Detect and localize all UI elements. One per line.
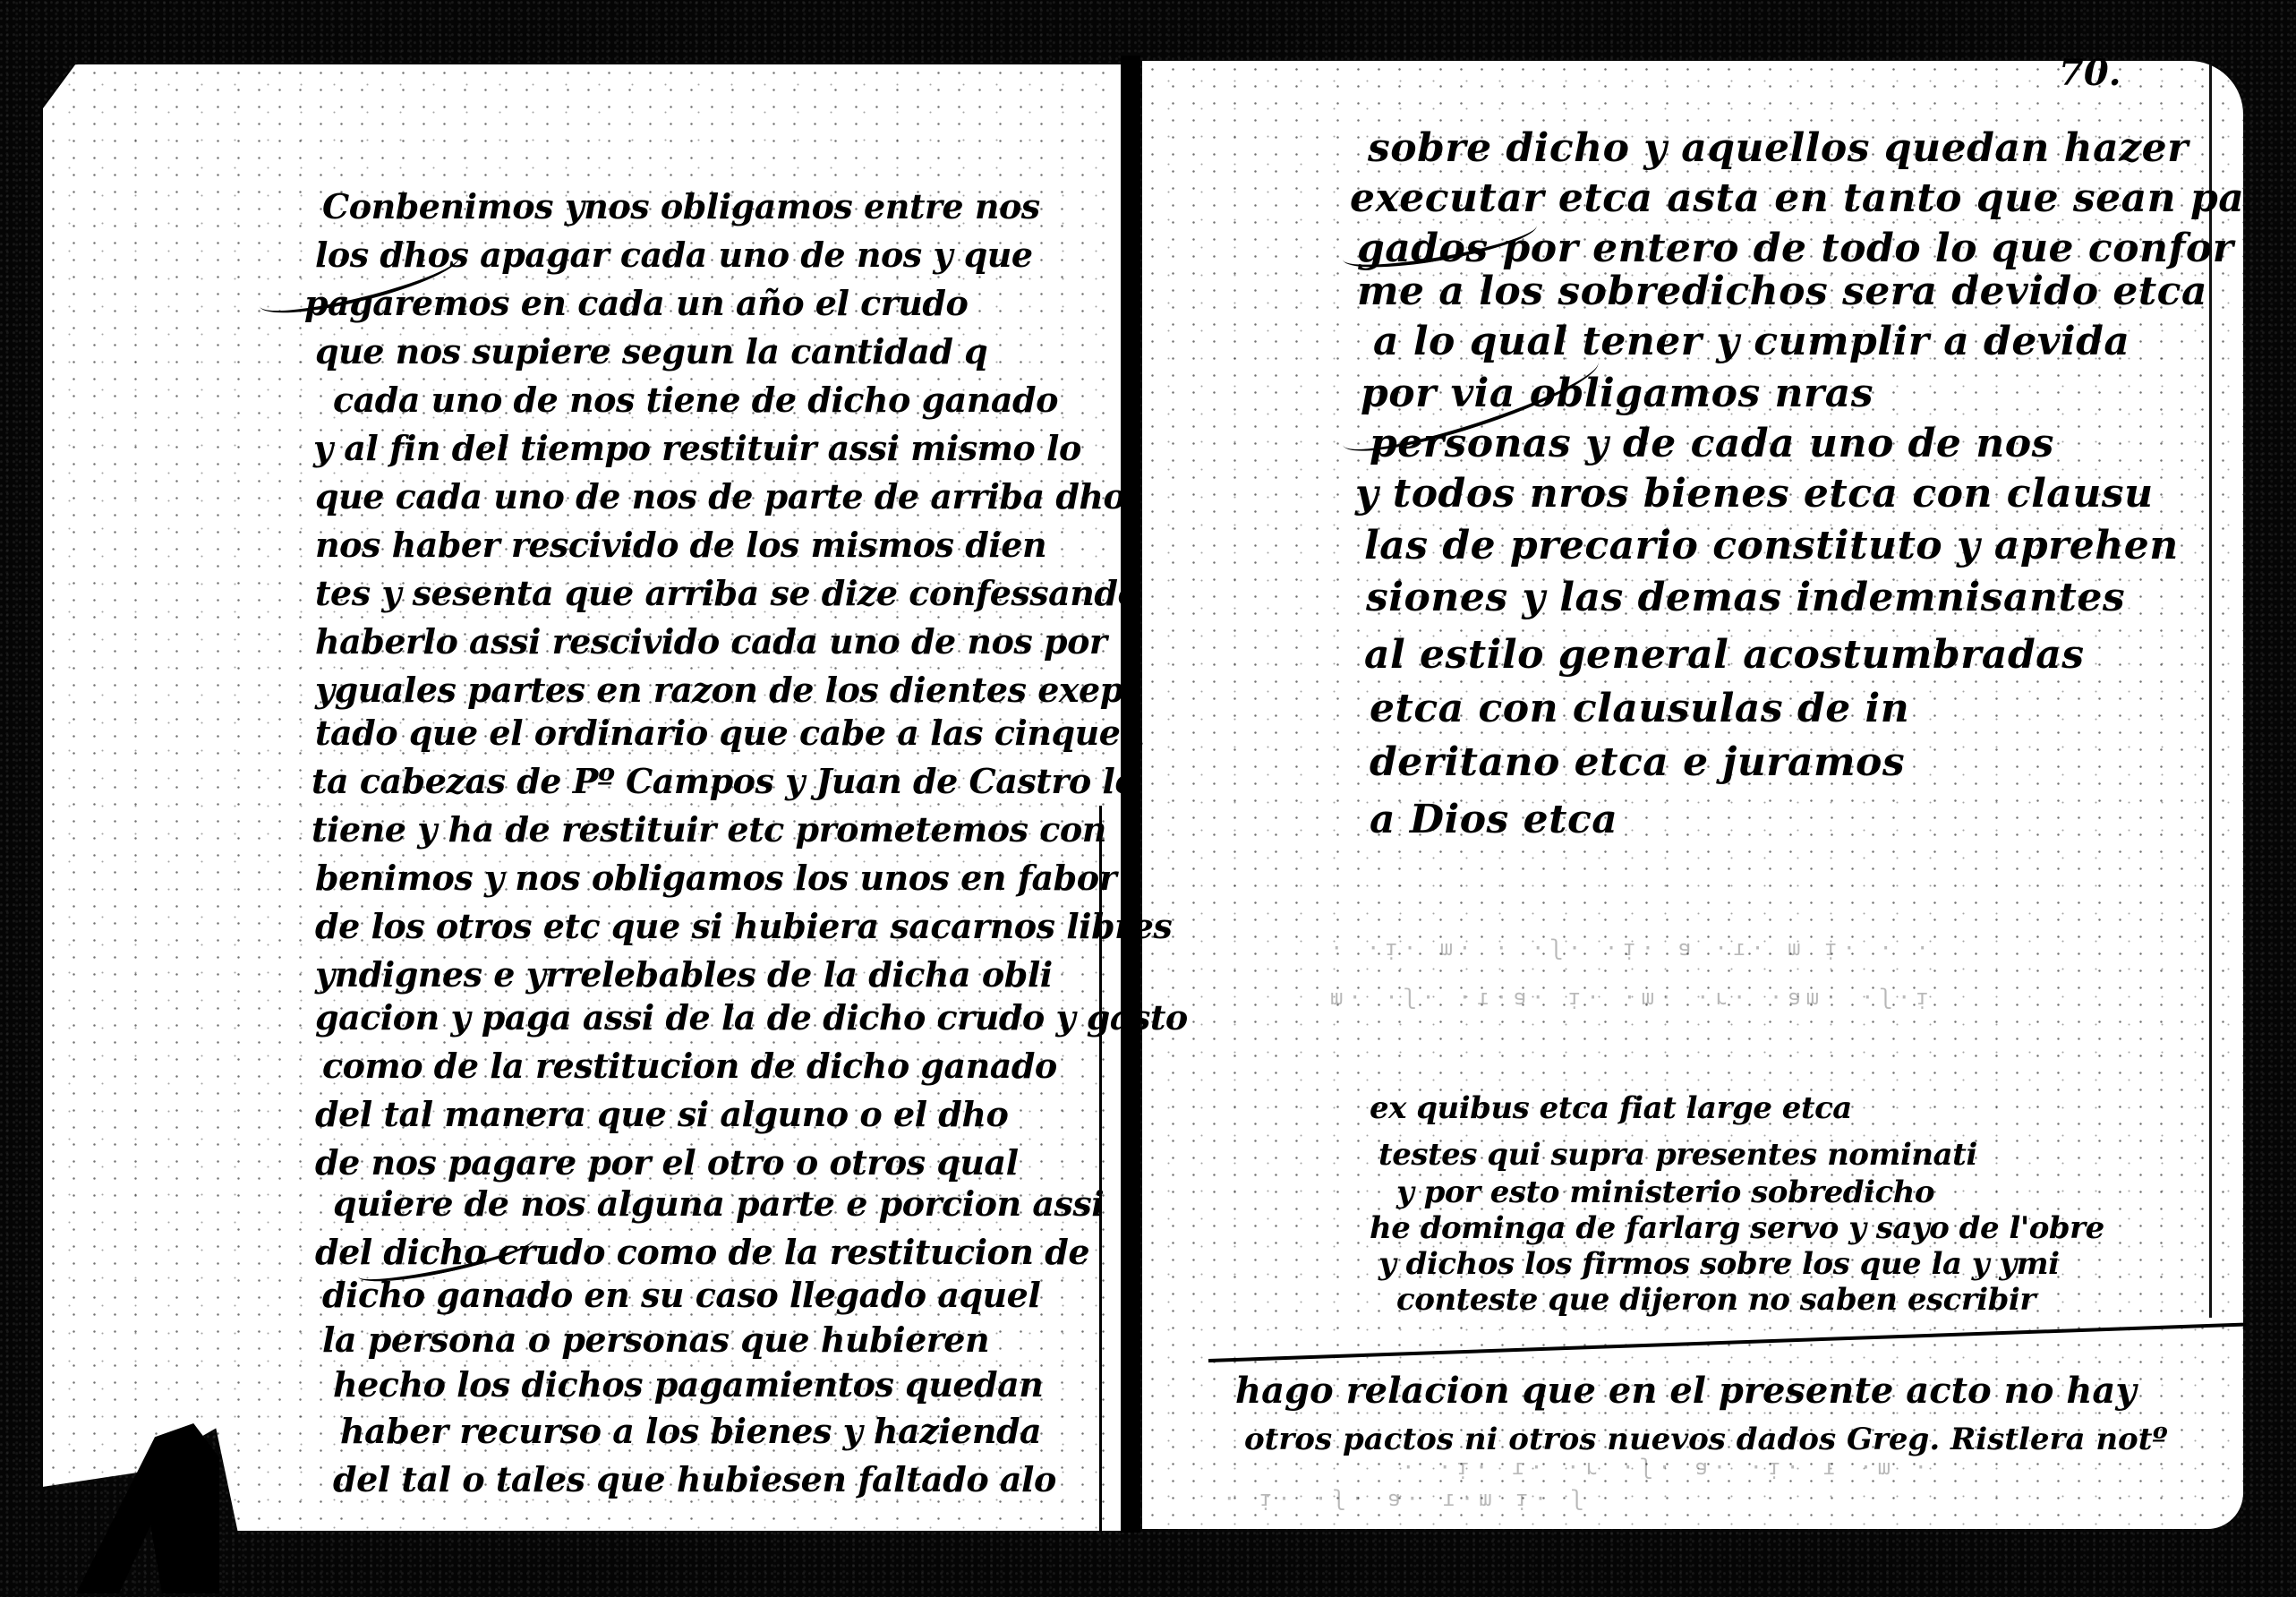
manuscript-line: yguales partes en razon de los dientes e… <box>315 670 1123 710</box>
manuscript-line: Conbenimos ynos obligamos entre nos <box>322 186 1040 226</box>
manuscript-line: ta cabezas de Pº Campos y Juan de Castro… <box>312 761 1137 801</box>
manuscript-line: que cada uno de nos de parte de arriba d… <box>315 476 1125 517</box>
latin-note-line: testes qui supra presentes nominati <box>1378 1137 1977 1173</box>
manuscript-line: gacion y paga assi de la de dicho crudo … <box>315 997 1188 1038</box>
manuscript-line: que nos supiere segun la cantidad q <box>315 331 987 371</box>
folio-number: 70. <box>2059 52 2121 94</box>
manuscript-line: y todos nros bienes etca con clausu <box>1355 471 2154 517</box>
manuscript-line: haberlo assi rescivido cada uno de nos p… <box>315 621 1106 662</box>
manuscript-line: como de la restitucion de dicho ganado <box>322 1046 1057 1086</box>
manuscript-line: tado que el ordinario que cabe a las cin… <box>315 713 1145 753</box>
manuscript-line: executar etca asta en tanto que sean pa <box>1350 175 2244 221</box>
notary-signature: otros pactos ni otros nuevos dados Greg.… <box>1244 1422 2167 1457</box>
manuscript-line: la persona o personas que hubieren <box>322 1319 989 1360</box>
manuscript-line: deritano etca e juramos <box>1370 739 1905 785</box>
manuscript-line: etca con clausulas de in <box>1370 686 1909 731</box>
manuscript-line: yndignes e yrrelebables de la dicha obli <box>315 954 1053 995</box>
signature-line: hago relacion que en el presente acto no… <box>1235 1370 2137 1412</box>
manuscript-line: las de precario constituto y aprehen <box>1364 523 2179 568</box>
manuscript-line: siones y las demas indemnisantes <box>1366 575 2125 620</box>
manuscript-line: a Dios etca <box>1370 797 1617 842</box>
manuscript-line: a lo qual tener y cumplir a devida <box>1373 319 2130 364</box>
manuscript-line: tes y sesenta que arriba se dize confess… <box>315 573 1139 613</box>
latin-note-line: ex quibus etca fiat large etca <box>1370 1090 1852 1126</box>
bleed-through-text: ᴉ·ʃ· ·ɯɐ· ·ɹ· ·ɯ· ·ᴉ ·ɐ·ı· ·ʃ· ·ɯ <box>1325 985 1929 1010</box>
latin-note-line: he dominga de farlarg servo y sayo de l'… <box>1370 1210 2104 1246</box>
latin-note-line: y por esto ministerio sobredicho <box>1396 1174 1934 1210</box>
manuscript-line: de nos pagare por el otro o otros qual <box>315 1142 1019 1183</box>
manuscript-line: cada uno de nos tiene de dicho ganado <box>333 380 1058 420</box>
bleed-through-text: · · ·ᴉ ɯ ·ı· ɐ ·ᴉ· ·ʃ· · ·ɯ ·ᴉ· · <box>1325 935 1929 961</box>
manuscript-line: nos haber rescivido de los mismos dien <box>315 525 1046 565</box>
manuscript-line: dicho ganado en su caso llegado aquel <box>322 1275 1040 1315</box>
bleed-through-text: ʃ ·ᴉ ɯ·ı ·ɐ ·ʃ· ·ᴉ · <box>1217 1486 1583 1511</box>
manuscript-line: me a los sobredichos sera devido etca <box>1357 269 2207 314</box>
manuscript-line: de los otros etc que si hubiera sacarnos… <box>315 906 1172 946</box>
manuscript-line: benimos y nos obligamos los unos en fabo… <box>315 858 1116 898</box>
latin-note-line: conteste que dijeron no saben escribir <box>1396 1282 2036 1318</box>
manuscript-line: haber recurso a los bienes y hazienda <box>340 1411 1041 1451</box>
manuscript-line: del tal manera que si alguno o el dho <box>315 1094 1008 1134</box>
manuscript-line: pagaremos en cada un año el crudo <box>304 283 968 323</box>
manuscript-line: hecho los dichos pagamientos quedan <box>333 1364 1043 1405</box>
manuscript-line: al estilo general acostumbradas <box>1364 632 2085 678</box>
manuscript-line: y al fin del tiempo restituir assi mismo… <box>313 428 1081 468</box>
manuscript-line: del tal o tales que hubiesen faltado alo <box>333 1459 1056 1499</box>
manuscript-line: quiere de nos alguna parte e porcion ass… <box>333 1183 1104 1224</box>
manuscript-line: tiene y ha de restituir etc prometemos c… <box>312 809 1106 850</box>
manuscript-line: sobre dicho y aquellos quedan hazer <box>1368 125 2189 171</box>
latin-note-line: y dichos los firmos sobre los que la y y… <box>1378 1246 2060 1282</box>
bleed-through-text: · ɯ· ı ·ᴉ· ·ɐ ·ʃ· ɹ· ·ı ·ᴉ· · <box>1396 1455 1927 1480</box>
